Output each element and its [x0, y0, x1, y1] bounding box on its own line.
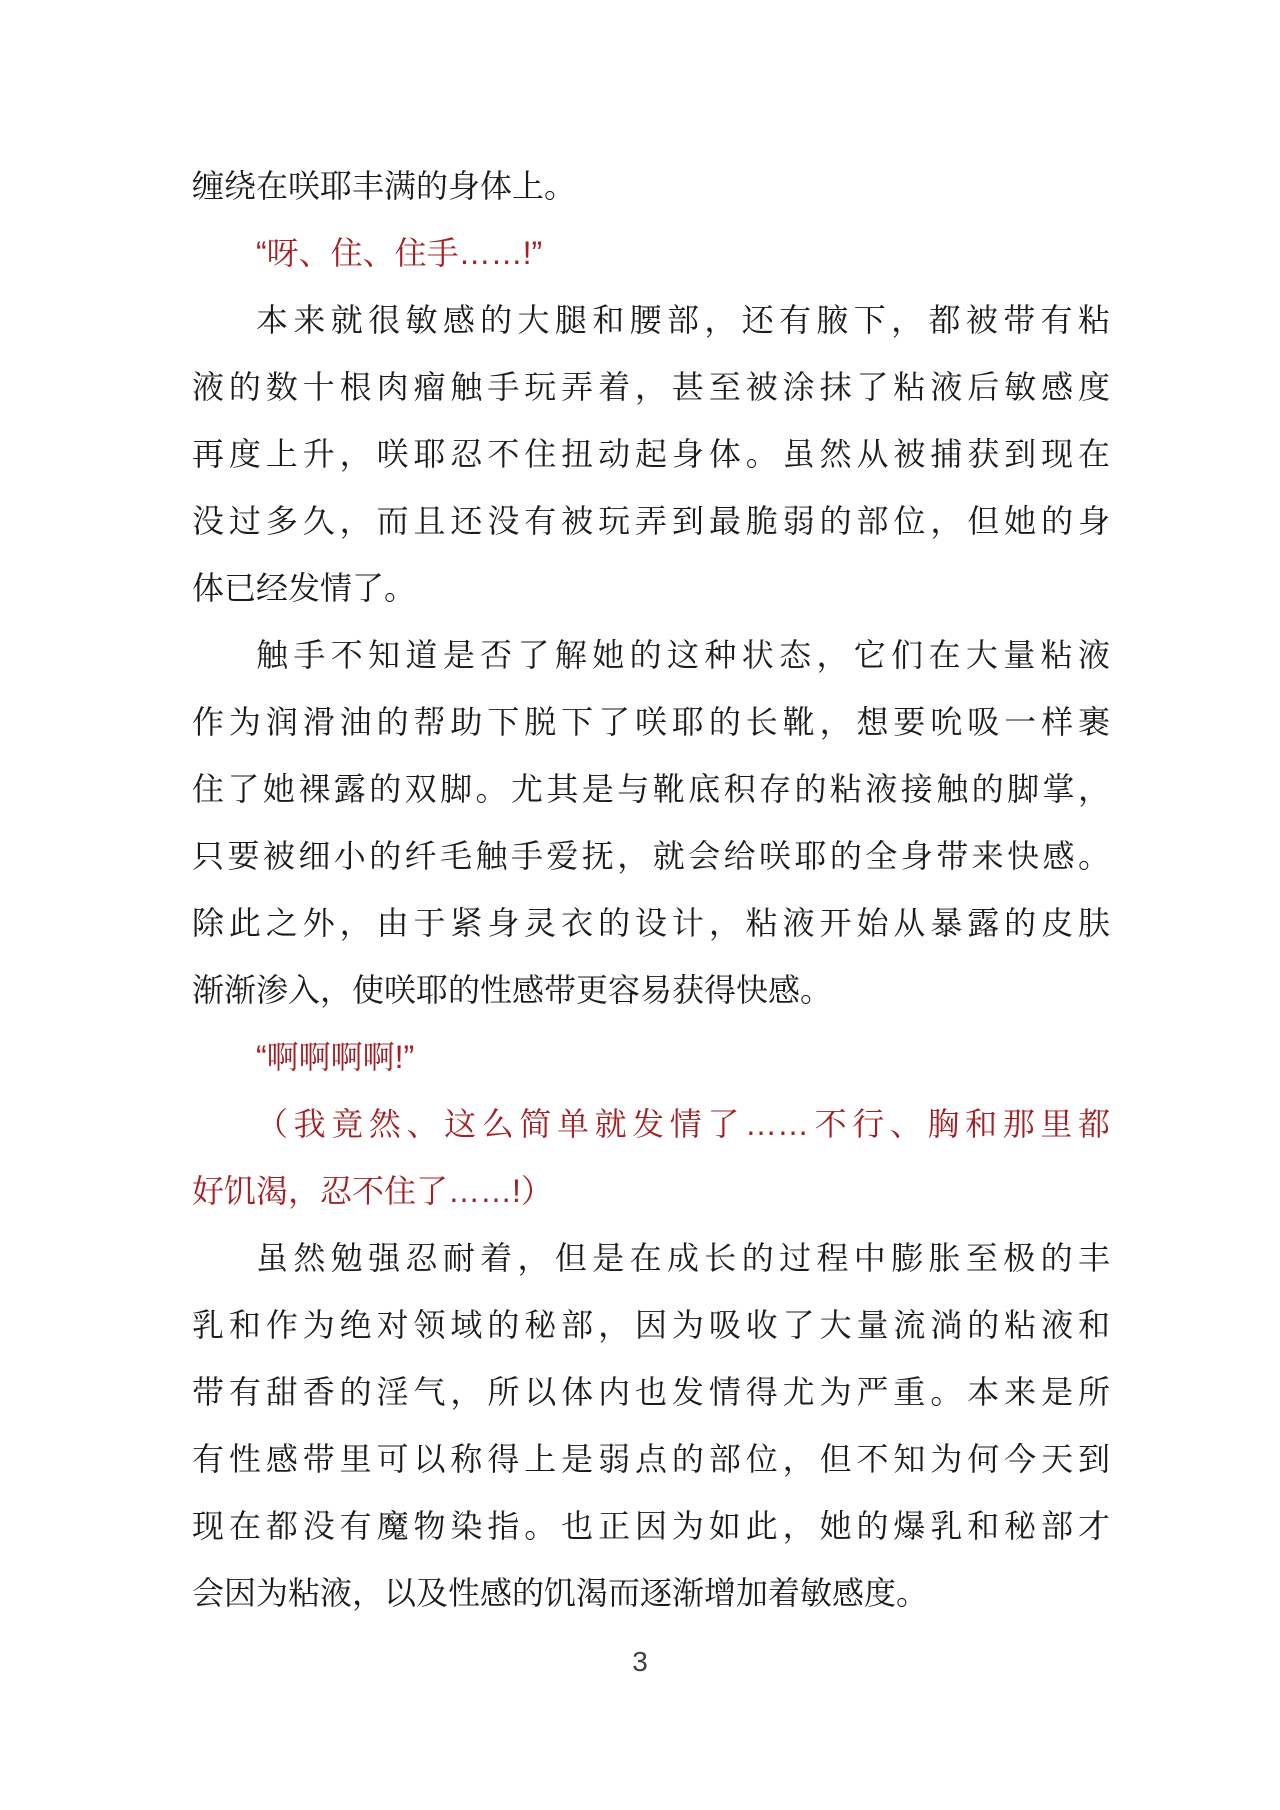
text-line: 带有甜香的淫气，所以体内也发情得尤为严重。本来是所	[192, 1359, 1110, 1426]
text-line: 渐渐渗入，使咲耶的性感带更容易获得快感。	[192, 957, 1110, 1024]
page-number: 3	[632, 1646, 648, 1677]
document-page: 缠绕在咲耶丰满的身体上。 “呀、住、住手……!” 本来就很敏感的大腿和腰部，还有…	[0, 0, 1280, 1810]
text-line: 液的数十根肉瘤触手玩弄着，甚至被涂抹了粘液后敏感度	[192, 354, 1110, 421]
dialogue-line: 好饥渴，忍不住了……!）	[192, 1158, 1110, 1225]
text-line: 只要被细小的纤毛触手爱抚，就会给咲耶的全身带来快感。	[192, 823, 1110, 890]
text-line: 作为润滑油的帮助下脱下了咲耶的长靴，想要吮吸一样裹	[192, 689, 1110, 756]
body-text: 缠绕在咲耶丰满的身体上。 “呀、住、住手……!” 本来就很敏感的大腿和腰部，还有…	[192, 153, 1110, 1627]
text-line: 缠绕在咲耶丰满的身体上。	[192, 153, 1110, 220]
text-line: 触手不知道是否了解她的这种状态，它们在大量粘液	[192, 622, 1110, 689]
text-line: 体已经发情了。	[192, 555, 1110, 622]
text-line: 会因为粘液，以及性感的饥渴而逐渐增加着敏感度。	[192, 1560, 1110, 1627]
dialogue-line: “啊啊啊啊!”	[192, 1024, 1110, 1091]
text-line: 乳和作为绝对领域的秘部，因为吸收了大量流淌的粘液和	[192, 1292, 1110, 1359]
text-line: 本来就很敏感的大腿和腰部，还有腋下，都被带有粘	[192, 287, 1110, 354]
page-footer: 3	[0, 1642, 1280, 1682]
text-line: 除此之外，由于紧身灵衣的设计，粘液开始从暴露的皮肤	[192, 890, 1110, 957]
dialogue-line: “呀、住、住手……!”	[192, 220, 1110, 287]
text-line: 现在都没有魔物染指。也正因为如此，她的爆乳和秘部才	[192, 1493, 1110, 1560]
text-line: 住了她裸露的双脚。尤其是与靴底积存的粘液接触的脚掌，	[192, 756, 1110, 823]
text-line: 没过多久，而且还没有被玩弄到最脆弱的部位，但她的身	[192, 488, 1110, 555]
text-line: 有性感带里可以称得上是弱点的部位，但不知为何今天到	[192, 1426, 1110, 1493]
dialogue-line: （我竟然、这么简单就发情了……不行、胸和那里都	[192, 1091, 1110, 1158]
text-line: 虽然勉强忍耐着，但是在成长的过程中膨胀至极的丰	[192, 1225, 1110, 1292]
text-line: 再度上升，咲耶忍不住扭动起身体。虽然从被捕获到现在	[192, 421, 1110, 488]
